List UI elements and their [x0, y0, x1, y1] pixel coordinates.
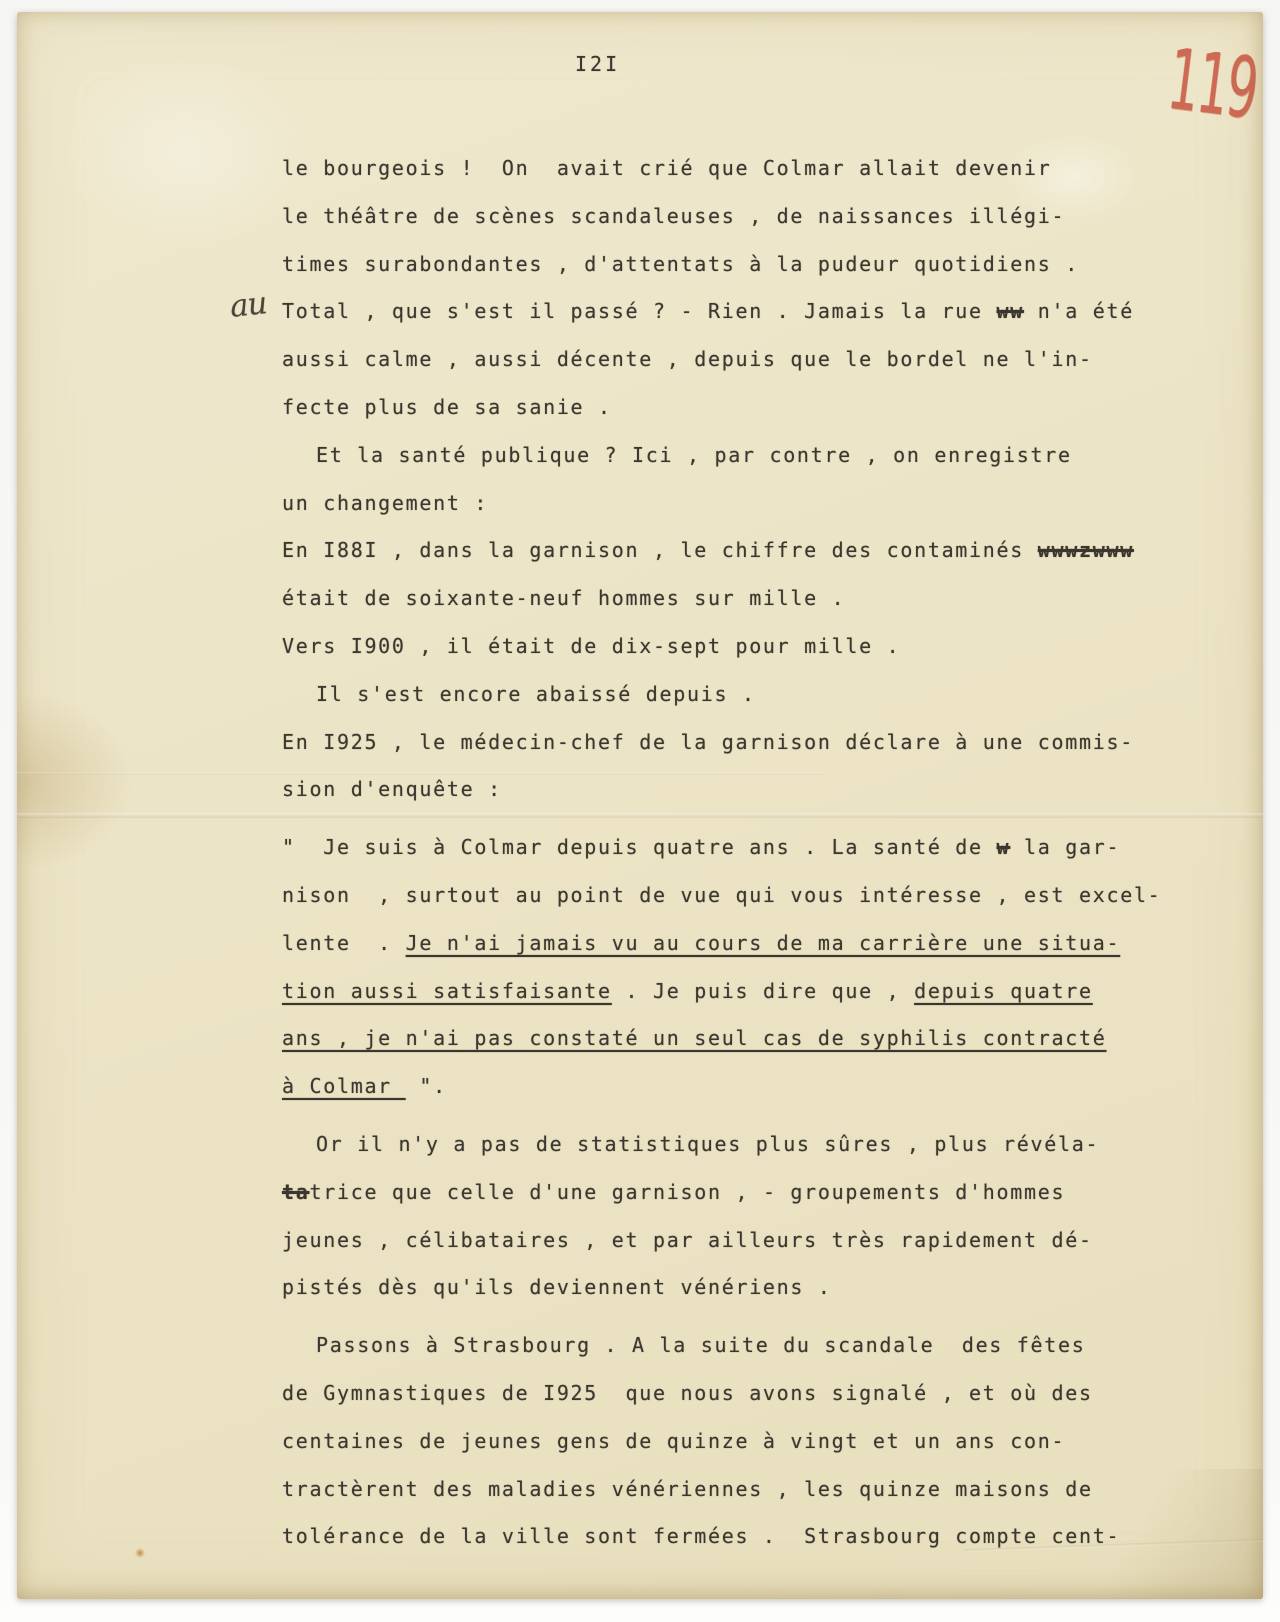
underlined-text-segment: à Colmar — [282, 1074, 406, 1098]
text-segment: le bourgeois ! On avait crié que Colmar … — [282, 156, 1052, 180]
text-segment: " Je suis à Colmar depuis quatre ans . L… — [282, 835, 997, 859]
text-line: centaines de jeunes gens de quinze à vin… — [282, 1418, 1237, 1466]
text-line: nison , surtout au point de vue qui vous… — [282, 872, 1237, 920]
text-line: tatrice que celle d'une garnison , - gro… — [282, 1169, 1237, 1217]
text-segment: jeunes , célibataires , et par ailleurs … — [282, 1228, 1093, 1252]
text-segment: pistés dès qu'ils deviennent vénériens . — [282, 1275, 832, 1299]
text-line: auTotal , que s'est il passé ? - Rien . … — [282, 288, 1237, 336]
document-page: I2I 119 le bourgeois ! On avait crié que… — [17, 12, 1263, 1599]
page-number-handwritten-red: 119 — [1163, 30, 1262, 138]
text-line: En I925 , le médecin-chef de la garnison… — [282, 719, 1237, 767]
text-segment: n'a été — [1024, 299, 1134, 323]
text-line: pistés dès qu'ils deviennent vénériens . — [282, 1264, 1237, 1312]
text-line: lente . Je n'ai jamais vu au cours de ma… — [282, 920, 1237, 968]
text-line: Et la santé publique ? Ici , par contre … — [282, 432, 1237, 480]
text-segment: ". — [406, 1074, 447, 1098]
scan-background: { "page": { "typed_page_number": "I2I", … — [0, 0, 1280, 1622]
underlined-text-segment: depuis quatre — [914, 979, 1093, 1003]
text-line: aussi calme , aussi décente , depuis que… — [282, 336, 1237, 384]
text-line: ans , je n'ai pas constaté un seul cas d… — [282, 1015, 1237, 1063]
text-line: tion aussi satisfaisante . Je puis dire … — [282, 968, 1237, 1016]
text-line: fecte plus de sa sanie . — [282, 384, 1237, 432]
text-segment: centaines de jeunes gens de quinze à vin… — [282, 1429, 1065, 1453]
text-segment: le théâtre de scènes scandaleuses , de n… — [282, 204, 1065, 228]
text-line: un changement : — [282, 480, 1237, 528]
paper-light-patch — [57, 52, 317, 252]
text-segment: tolérance de la ville sont fermées . Str… — [282, 1524, 1120, 1548]
text-line: sion d'enquête : — [282, 766, 1237, 814]
text-line: jeunes , célibataires , et par ailleurs … — [282, 1217, 1237, 1265]
text-segment: sion d'enquête : — [282, 777, 502, 801]
text-segment: un changement : — [282, 491, 488, 515]
text-segment: Or il n'y a pas de statistiques plus sûr… — [316, 1132, 1099, 1156]
text-segment: Passons à Strasbourg . A la suite du sca… — [316, 1333, 1086, 1357]
paper-stain — [17, 692, 137, 872]
text-line: Passons à Strasbourg . A la suite du sca… — [282, 1322, 1237, 1370]
text-segment: lente . — [282, 931, 406, 955]
text-segment: aussi calme , aussi décente , depuis que… — [282, 347, 1093, 371]
text-segment: était de soixante-neuf hommes sur mille … — [282, 586, 845, 610]
struck-out-text-segment: ww — [997, 299, 1024, 323]
text-line: à Colmar ". — [282, 1063, 1237, 1111]
text-segment: fecte plus de sa sanie . — [282, 395, 612, 419]
handwritten-margin-note: au — [228, 289, 267, 324]
text-segment: Vers I900 , il était de dix-sept pour mi… — [282, 634, 900, 658]
struck-out-text-segment: w — [997, 835, 1011, 859]
text-segment: la gar- — [1010, 835, 1120, 859]
text-line: était de soixante-neuf hommes sur mille … — [282, 575, 1237, 623]
text-line: Vers I900 , il était de dix-sept pour mi… — [282, 623, 1237, 671]
typewritten-text: le bourgeois ! On avait crié que Colmar … — [282, 145, 1237, 1561]
text-segment: En I925 , le médecin-chef de la garnison… — [282, 730, 1134, 754]
text-line: Il s'est encore abaissé depuis . — [282, 671, 1237, 719]
underlined-text-segment: tion aussi satisfaisante — [282, 979, 612, 1003]
text-line: Or il n'y a pas de statistiques plus sûr… — [282, 1121, 1237, 1169]
text-line: En I88I , dans la garnison , le chiffre … — [282, 527, 1237, 575]
underlined-text-segment: Je n'ai jamais vu au cours de ma carrièr… — [406, 931, 1121, 955]
text-segment: . Je puis dire que , — [612, 979, 914, 1003]
text-segment: En I88I , dans la garnison , le chiffre … — [282, 538, 1038, 562]
text-line: " Je suis à Colmar depuis quatre ans . L… — [282, 824, 1237, 872]
text-line: tractèrent des maladies vénériennes , le… — [282, 1466, 1237, 1514]
paper-speck — [135, 1548, 145, 1558]
text-segment: Total , que s'est il passé ? - Rien . Ja… — [282, 299, 997, 323]
text-line: de Gymnastiques de I925 que nous avons s… — [282, 1370, 1237, 1418]
text-line: le bourgeois ! On avait crié que Colmar … — [282, 145, 1237, 193]
text-line: le théâtre de scènes scandaleuses , de n… — [282, 193, 1237, 241]
struck-out-text-segment: wwwzwww — [1038, 538, 1134, 562]
text-segment: trice que celle d'une garnison , - group… — [309, 1180, 1065, 1204]
text-line: tolérance de la ville sont fermées . Str… — [282, 1513, 1237, 1561]
struck-out-text-segment: ta — [282, 1180, 309, 1204]
text-segment: times surabondantes , d'attentats à la p… — [282, 252, 1079, 276]
text-segment: tractèrent des maladies vénériennes , le… — [282, 1477, 1093, 1501]
text-segment: Et la santé publique ? Ici , par contre … — [316, 443, 1072, 467]
page-number-typed: I2I — [575, 52, 620, 76]
text-segment: Il s'est encore abaissé depuis . — [316, 682, 756, 706]
underlined-text-segment: ans , je n'ai pas constaté un seul cas d… — [282, 1026, 1106, 1050]
text-segment: nison , surtout au point de vue qui vous… — [282, 883, 1161, 907]
text-line: times surabondantes , d'attentats à la p… — [282, 241, 1237, 289]
text-segment: de Gymnastiques de I925 que nous avons s… — [282, 1381, 1093, 1405]
